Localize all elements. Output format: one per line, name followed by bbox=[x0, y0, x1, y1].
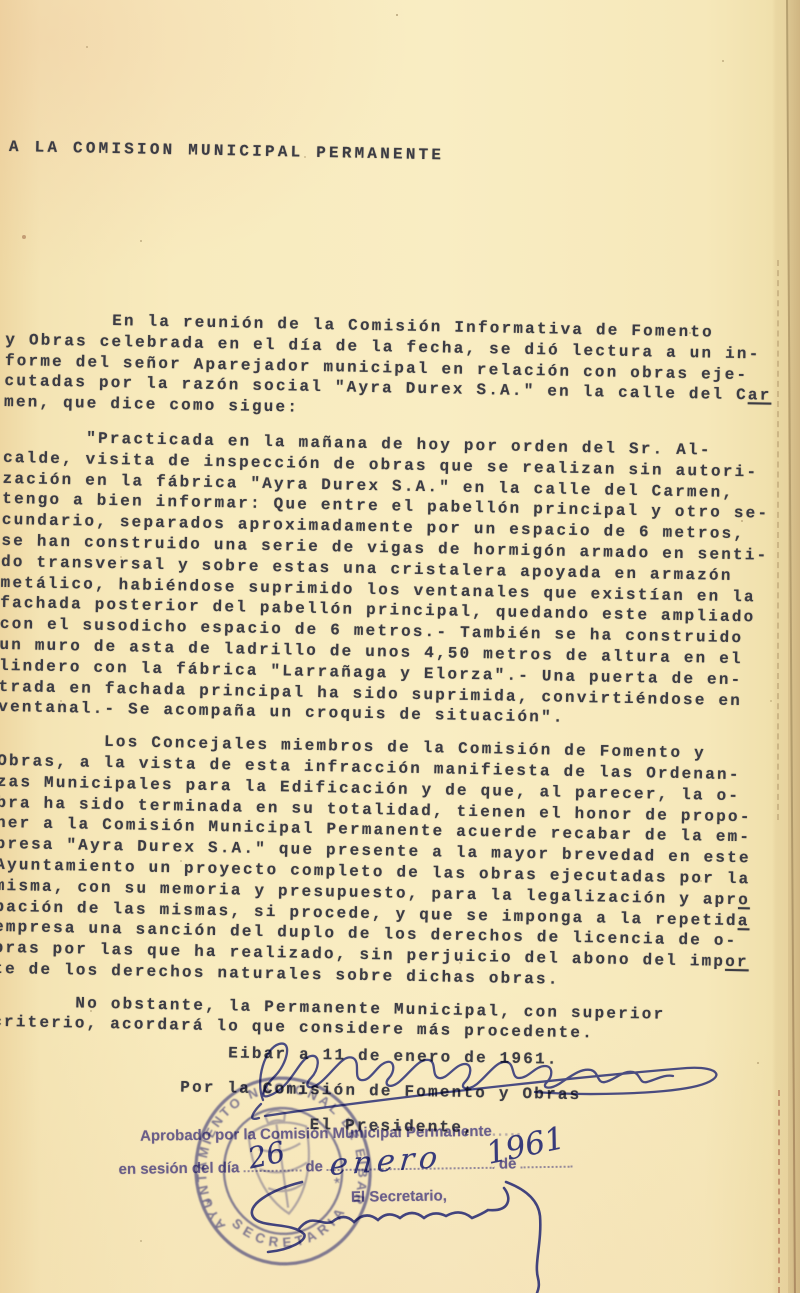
paper-specks bbox=[0, 0, 2, 2]
secretary-signature-ink bbox=[220, 1160, 580, 1293]
typed-paragraph: Los Concejales miembros de la Comisión d… bbox=[0, 730, 798, 995]
document-title: A LA COMISION MUNICIPAL PERMANENTE bbox=[9, 137, 800, 173]
scanned-document-page: { "page": { "colors": { "paper": "#f9edc… bbox=[0, 0, 800, 1293]
typed-text-block: A LA COMISION MUNICIPAL PERMANENTE En la… bbox=[0, 95, 800, 1166]
page-edge-strip bbox=[788, 0, 800, 1293]
typed-paragraph: En la reunión de la Comisión Informativa… bbox=[4, 309, 800, 428]
typed-paragraph: "Practicada en la mañana de hoy por orde… bbox=[0, 427, 800, 733]
page-fold-dashes bbox=[777, 260, 779, 820]
page-fold-red-dashes bbox=[778, 1090, 780, 1293]
